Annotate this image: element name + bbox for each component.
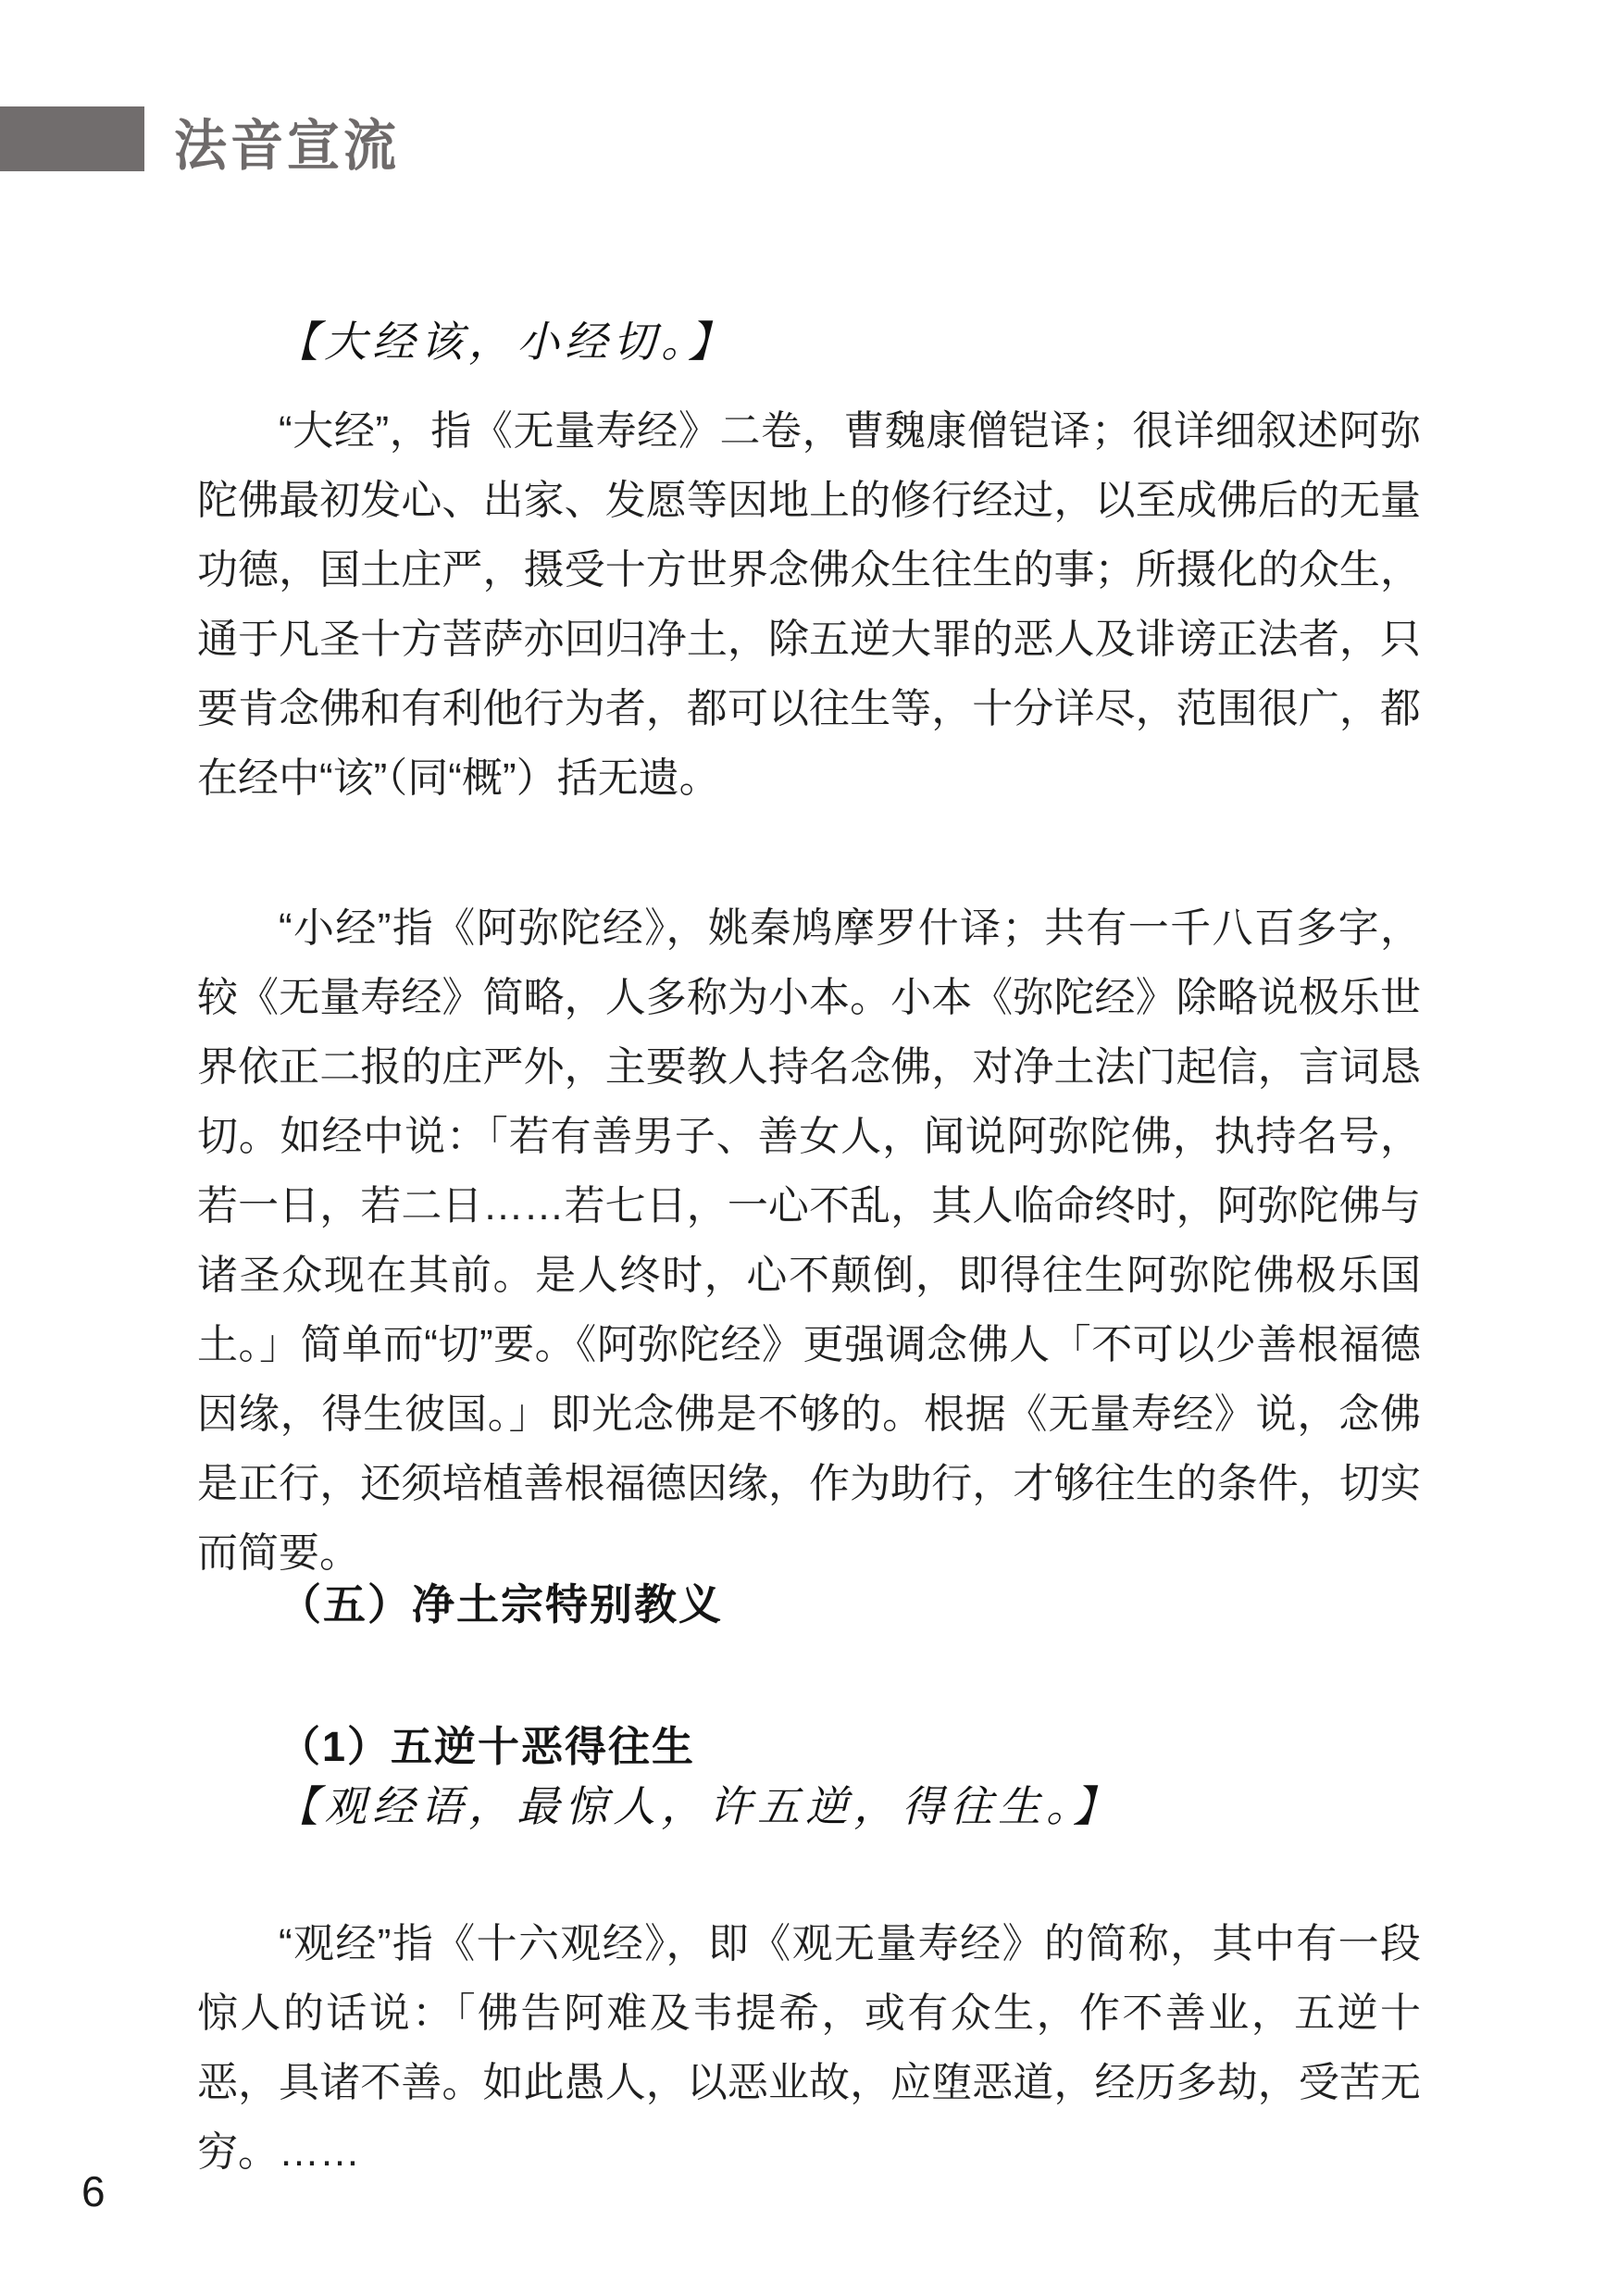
body-paragraph-1: “大经”，指《无量寿经》二卷，曹魏康僧铠译；很详细叙述阿弥陀佛最初发心、出家、发… — [197, 396, 1421, 813]
kai-verse-heading-2: 【观经语，最惊人，许五逆，得往生。】 — [197, 1779, 1421, 1835]
section-heading: （五）净土宗特别教义 — [279, 1571, 1421, 1632]
kai-verse-heading-1: 【大经该，小经切。】 — [197, 315, 1421, 370]
running-header-title: 法音宣流 — [174, 102, 400, 181]
body-paragraph-3: “观经”指《十六观经》，即《观无量寿经》的简称，其中有一段惊人的话说：「佛告阿难… — [197, 1909, 1421, 2187]
book-page: 法音宣流 【大经该，小经切。】 “大经”，指《无量寿经》二卷，曹魏康僧铠译；很详… — [0, 0, 1618, 2296]
body-paragraph-2: “小经”指《阿弥陀经》，姚秦鸠摩罗什译；共有一千八百多字，较《无量寿经》简略，人… — [197, 893, 1421, 1588]
page-number: 6 — [81, 2166, 106, 2216]
header-gray-bar — [0, 106, 144, 171]
sub-section-heading: （1）五逆十恶得往生 — [279, 1713, 1421, 1773]
